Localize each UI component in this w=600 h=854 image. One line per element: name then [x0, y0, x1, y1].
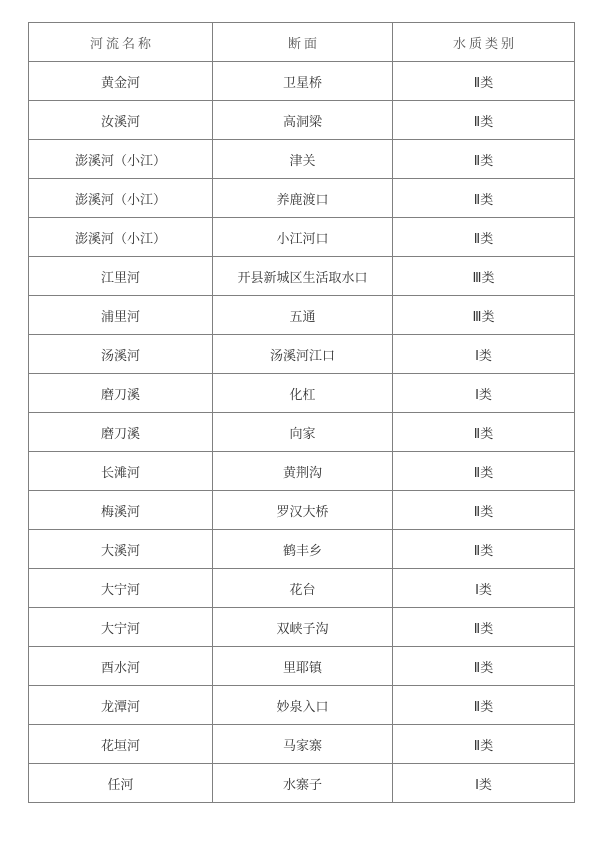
section-cell: 黄荆沟	[213, 452, 393, 491]
document-page: 河流名称 断面 水质类别 黄金河 卫星桥 Ⅱ类 汝溪河 高洞梁 Ⅱ类 澎溪河（小…	[0, 0, 600, 854]
water-quality-category-cell: Ⅱ类	[393, 101, 575, 140]
water-quality-category-cell: Ⅱ类	[393, 530, 575, 569]
river-name-cell: 花垣河	[29, 725, 213, 764]
table-row: 磨刀溪 向家 Ⅱ类	[29, 413, 575, 452]
water-quality-category-cell: Ⅲ类	[393, 296, 575, 335]
table-row: 任河 水寨子 Ⅰ类	[29, 764, 575, 803]
table-row: 大宁河 双峡子沟 Ⅱ类	[29, 608, 575, 647]
column-header-section: 断面	[213, 23, 393, 62]
water-quality-category-cell: Ⅰ类	[393, 335, 575, 374]
river-name-cell: 大宁河	[29, 608, 213, 647]
river-name-cell: 大宁河	[29, 569, 213, 608]
river-name-cell: 汝溪河	[29, 101, 213, 140]
section-cell: 小江河口	[213, 218, 393, 257]
table-row: 磨刀溪 化杠 Ⅰ类	[29, 374, 575, 413]
water-quality-category-cell: Ⅰ类	[393, 569, 575, 608]
table-row: 澎溪河（小江） 养鹿渡口 Ⅱ类	[29, 179, 575, 218]
water-quality-category-cell: Ⅱ类	[393, 218, 575, 257]
section-cell: 妙泉入口	[213, 686, 393, 725]
river-name-cell: 江里河	[29, 257, 213, 296]
table-row: 大溪河 鹤丰乡 Ⅱ类	[29, 530, 575, 569]
section-cell: 向家	[213, 413, 393, 452]
column-header-river-name: 河流名称	[29, 23, 213, 62]
table-row: 大宁河 花台 Ⅰ类	[29, 569, 575, 608]
section-cell: 卫星桥	[213, 62, 393, 101]
table-row: 澎溪河（小江） 津关 Ⅱ类	[29, 140, 575, 179]
water-quality-table: 河流名称 断面 水质类别 黄金河 卫星桥 Ⅱ类 汝溪河 高洞梁 Ⅱ类 澎溪河（小…	[28, 22, 575, 803]
water-quality-category-cell: Ⅱ类	[393, 608, 575, 647]
section-cell: 马家寨	[213, 725, 393, 764]
river-name-cell: 酉水河	[29, 647, 213, 686]
section-cell: 养鹿渡口	[213, 179, 393, 218]
water-quality-category-cell: Ⅱ类	[393, 647, 575, 686]
section-cell: 花台	[213, 569, 393, 608]
table-row: 龙潭河 妙泉入口 Ⅱ类	[29, 686, 575, 725]
section-cell: 高洞梁	[213, 101, 393, 140]
header-row: 河流名称 断面 水质类别	[29, 23, 575, 62]
river-name-cell: 龙潭河	[29, 686, 213, 725]
water-quality-category-cell: Ⅱ类	[393, 140, 575, 179]
table-row: 澎溪河（小江） 小江河口 Ⅱ类	[29, 218, 575, 257]
section-cell: 鹤丰乡	[213, 530, 393, 569]
water-quality-category-cell: Ⅱ类	[393, 686, 575, 725]
table-row: 浦里河 五通 Ⅲ类	[29, 296, 575, 335]
column-header-water-quality-category: 水质类别	[393, 23, 575, 62]
river-name-cell: 大溪河	[29, 530, 213, 569]
section-cell: 罗汉大桥	[213, 491, 393, 530]
section-cell: 双峡子沟	[213, 608, 393, 647]
water-quality-category-cell: Ⅰ类	[393, 764, 575, 803]
table-body: 黄金河 卫星桥 Ⅱ类 汝溪河 高洞梁 Ⅱ类 澎溪河（小江） 津关 Ⅱ类 澎溪河（…	[29, 62, 575, 803]
water-quality-category-cell: Ⅱ类	[393, 62, 575, 101]
river-name-cell: 黄金河	[29, 62, 213, 101]
river-name-cell: 磨刀溪	[29, 374, 213, 413]
river-name-cell: 澎溪河（小江）	[29, 218, 213, 257]
river-name-cell: 汤溪河	[29, 335, 213, 374]
section-cell: 里耶镇	[213, 647, 393, 686]
table-row: 花垣河 马家寨 Ⅱ类	[29, 725, 575, 764]
section-cell: 津关	[213, 140, 393, 179]
section-cell: 五通	[213, 296, 393, 335]
water-quality-category-cell: Ⅲ类	[393, 257, 575, 296]
water-quality-category-cell: Ⅱ类	[393, 491, 575, 530]
section-cell: 汤溪河江口	[213, 335, 393, 374]
river-name-cell: 任河	[29, 764, 213, 803]
section-cell: 水寨子	[213, 764, 393, 803]
table-row: 汝溪河 高洞梁 Ⅱ类	[29, 101, 575, 140]
table-row: 黄金河 卫星桥 Ⅱ类	[29, 62, 575, 101]
river-name-cell: 浦里河	[29, 296, 213, 335]
section-cell: 化杠	[213, 374, 393, 413]
river-name-cell: 长滩河	[29, 452, 213, 491]
table-row: 酉水河 里耶镇 Ⅱ类	[29, 647, 575, 686]
water-quality-category-cell: Ⅱ类	[393, 413, 575, 452]
water-quality-category-cell: Ⅰ类	[393, 374, 575, 413]
river-name-cell: 澎溪河（小江）	[29, 179, 213, 218]
section-cell: 开县新城区生活取水口	[213, 257, 393, 296]
table-row: 梅溪河 罗汉大桥 Ⅱ类	[29, 491, 575, 530]
water-quality-category-cell: Ⅱ类	[393, 725, 575, 764]
water-quality-category-cell: Ⅱ类	[393, 452, 575, 491]
river-name-cell: 梅溪河	[29, 491, 213, 530]
table-row: 江里河 开县新城区生活取水口 Ⅲ类	[29, 257, 575, 296]
table-row: 长滩河 黄荆沟 Ⅱ类	[29, 452, 575, 491]
table-header: 河流名称 断面 水质类别	[29, 23, 575, 62]
table-row: 汤溪河 汤溪河江口 Ⅰ类	[29, 335, 575, 374]
water-quality-category-cell: Ⅱ类	[393, 179, 575, 218]
river-name-cell: 磨刀溪	[29, 413, 213, 452]
river-name-cell: 澎溪河（小江）	[29, 140, 213, 179]
